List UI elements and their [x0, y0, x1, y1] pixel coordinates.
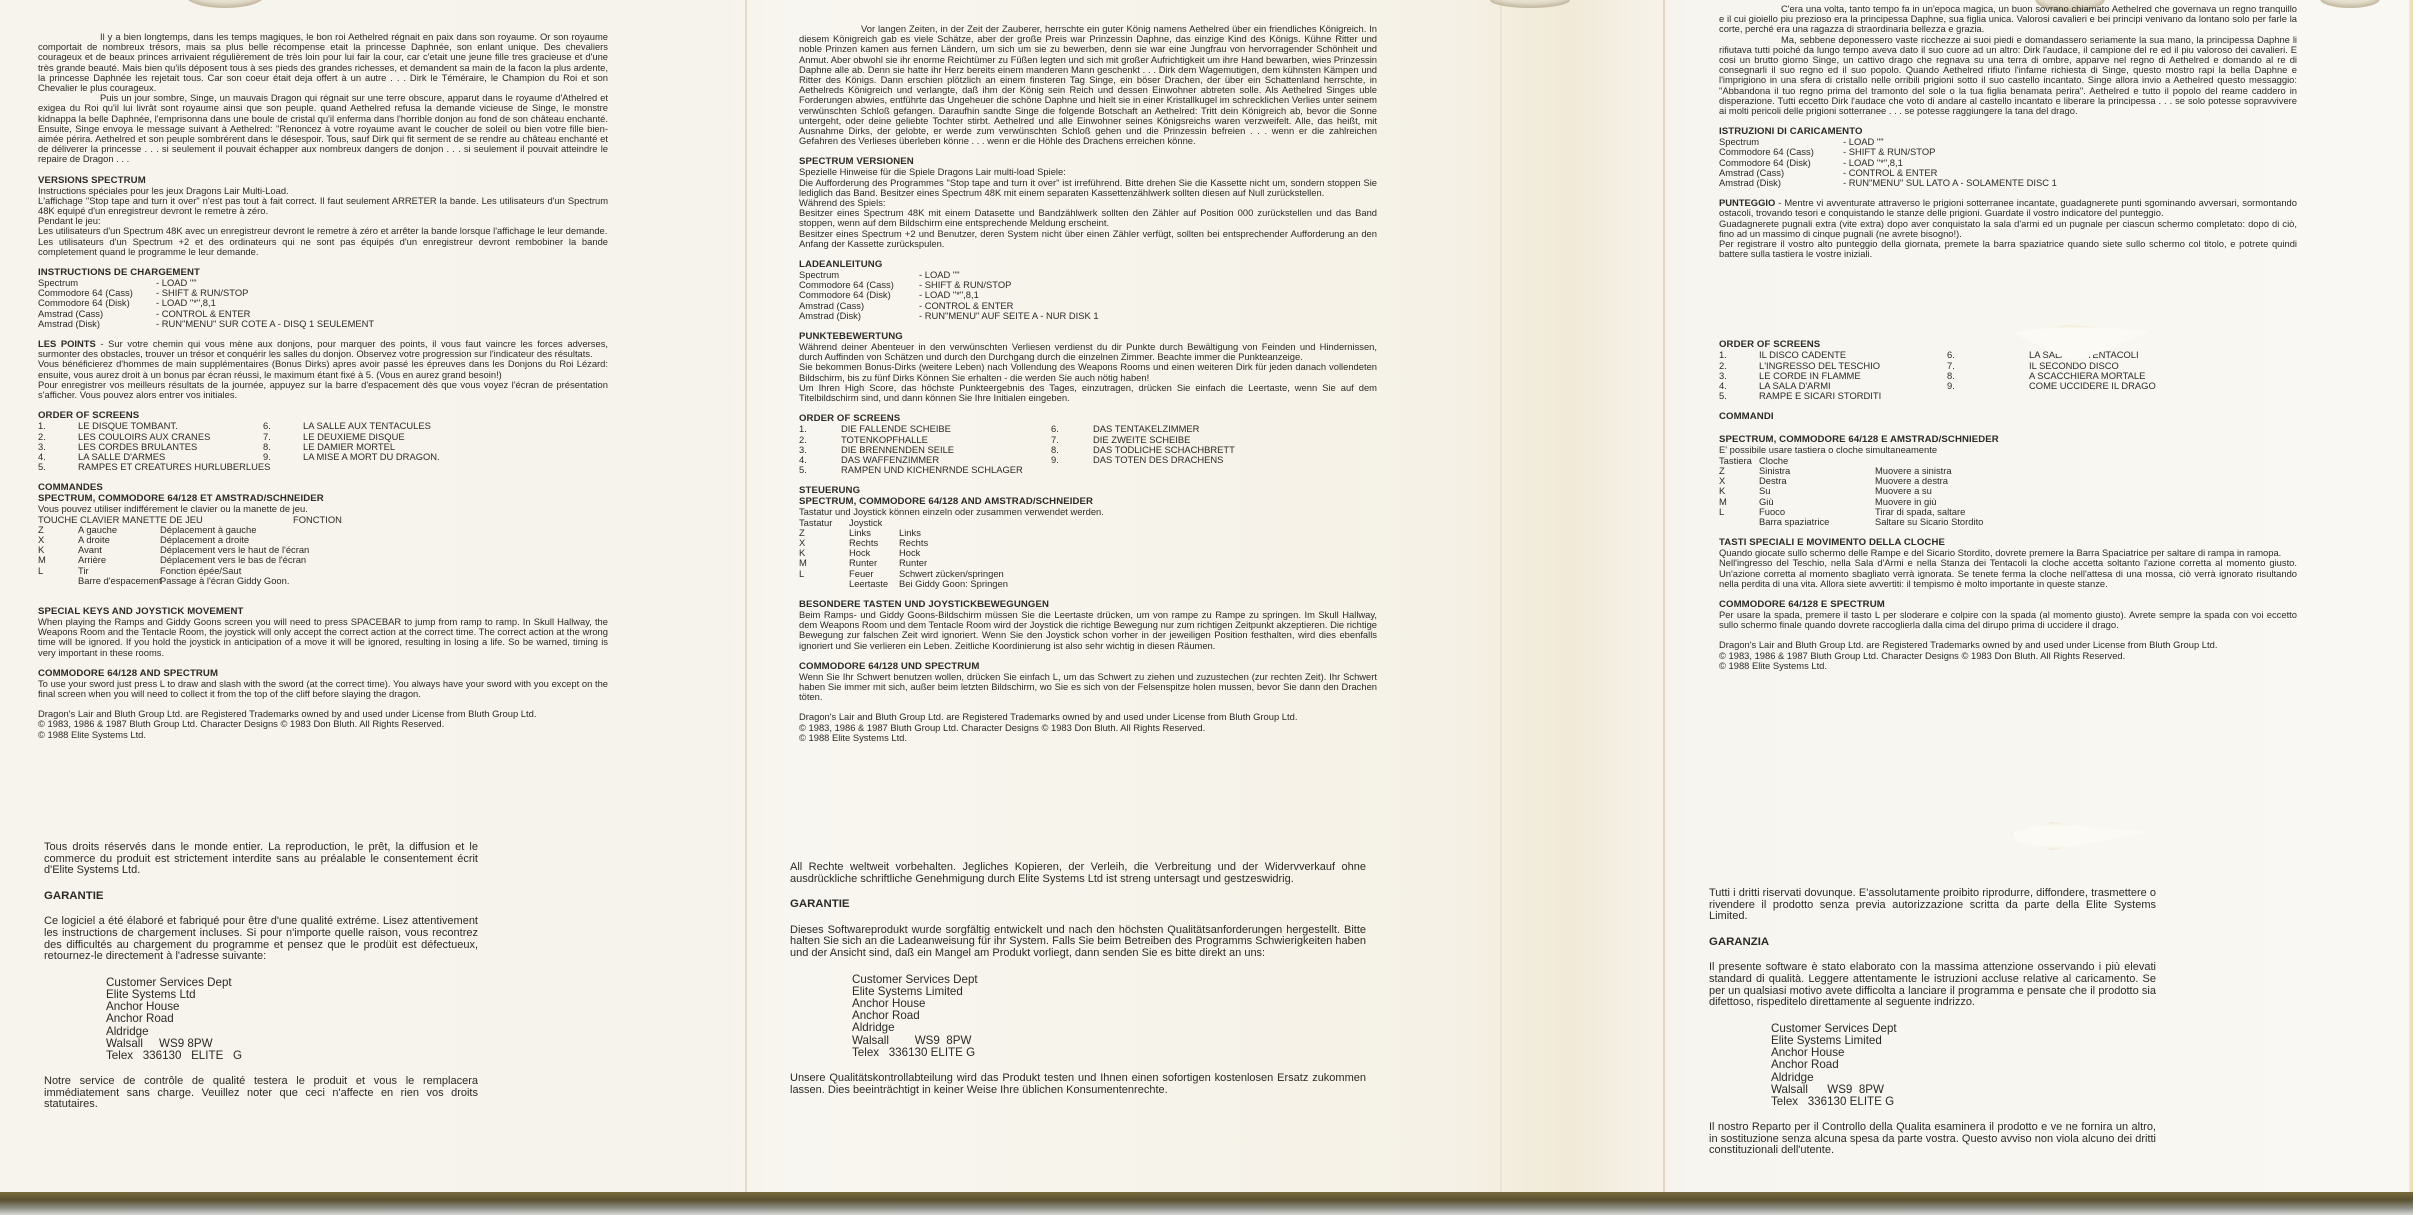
- list-cell: Z: [1719, 466, 1759, 476]
- list-cell: 5.: [38, 462, 78, 472]
- text-line: Vous bénéficierez d'hommes de main suppl…: [38, 359, 608, 379]
- italian-intro-1: C'era una volta, tanto tempo fa in un'ep…: [1719, 4, 2297, 35]
- system-name: Amstrad (Disk): [1719, 178, 1843, 188]
- list-cell: LA SALLE AUX TENTACULES: [303, 421, 608, 431]
- warranty-text: Ce logiciel a été élaboré et fabriqué po…: [44, 916, 478, 962]
- section-title: GARANTIE: [790, 899, 1366, 911]
- controls-table: ZSinistraMuovere a sinistraXDestraMuover…: [1719, 466, 2297, 527]
- french-panel: Il y a bien longtemps, dans les temps ma…: [38, 32, 608, 740]
- list-cell: Arrière: [78, 555, 160, 565]
- list-cell: 1.: [38, 421, 78, 431]
- load-command: - SHIFT & RUN/STOP: [1843, 147, 2297, 157]
- warranty-text: Dieses Softwareprodukt wurde sorgfältig …: [790, 925, 1366, 960]
- list-cell: Leertaste: [849, 579, 899, 589]
- torn-sticker-mark: [2010, 822, 2150, 850]
- rights-text: Tutti i dritti riservati dovunque. E'ass…: [1709, 888, 2156, 923]
- german-commands: STEUERUNG SPECTRUM, COMMODORE 64/128 AND…: [799, 485, 1377, 589]
- loading-table: Spectrum- LOAD ""Commodore 64 (Cass)- SH…: [38, 278, 608, 329]
- list-cell: 7.: [1947, 361, 2029, 371]
- italian-commands: COMMANDI SPECTRUM, COMMODORE 64/128 E AM…: [1719, 411, 2297, 527]
- italian-panel: C'era una volta, tanto tempo fa in un'ep…: [1719, 4, 2297, 671]
- text-line: Vous pouvez utiliser indifférement le cl…: [38, 504, 608, 514]
- address-line: Telex 336130 ELITE G: [852, 1047, 1366, 1059]
- system-name: Amstrad (Disk): [799, 311, 919, 321]
- list-cell: DAS TOTEN DES DRACHENS: [1093, 455, 1377, 465]
- list-cell: Hock: [899, 548, 1377, 558]
- list-cell: [799, 579, 849, 589]
- list-cell: Runter: [899, 558, 1377, 568]
- address-line: Anchor Road: [852, 1010, 1366, 1022]
- controls-header: Tastatur Joystick: [799, 518, 1377, 528]
- fold-line: [1500, 0, 1502, 1192]
- controls-table: ZA gaucheDéplacement à gaucheXA droiteDé…: [38, 525, 608, 586]
- list-cell: 9.: [1947, 381, 2029, 391]
- list-cell: 6.: [1947, 350, 2029, 360]
- list-cell: 1.: [799, 424, 841, 434]
- german-screens: ORDER OF SCREENS 1.DIE FALLENDE SCHEIBE6…: [799, 413, 1377, 475]
- text-line: Tastatur und Joystick können einzeln ode…: [799, 507, 1377, 517]
- text-line: Per usare la spada, premere il tasto L p…: [1719, 610, 2297, 630]
- list-cell: [38, 576, 78, 586]
- list-cell: [2029, 391, 2297, 401]
- closing-text: Unsere Qualitätskontrollabteilung wird d…: [790, 1073, 1366, 1096]
- italian-intro-2: Ma, sebbene deponessero vaste ricchezze …: [1719, 35, 2297, 117]
- c64-section: COMMODORE 64/128 UND SPECTRUM Wenn Sie I…: [799, 661, 1377, 703]
- list-cell: Links: [899, 528, 1377, 538]
- fold-line: [1663, 0, 1665, 1192]
- address-line: Anchor Road: [1771, 1059, 2156, 1071]
- list-cell: 5.: [1719, 391, 1759, 401]
- text-line: © 1988 Elite Systems Ltd.: [799, 733, 1377, 743]
- section-title: COMMANDES: [38, 482, 608, 493]
- list-cell: Runter: [849, 558, 899, 568]
- text-line: Um Ihren High Score, das höchste Punktee…: [799, 383, 1377, 403]
- list-cell: RAMPES ET CREATURES HURLUBERLUES: [78, 462, 263, 472]
- german-versions: SPECTRUM VERSIONEN Spezielle Hinweise fü…: [799, 156, 1377, 249]
- french-versions: VERSIONS SPECTRUM Instructions spéciales…: [38, 175, 608, 257]
- list-cell: LE DISQUE TOMBANT.: [78, 421, 263, 431]
- list-cell: 9.: [1051, 455, 1093, 465]
- special-keys: SPECIAL KEYS AND JOYSTICK MOVEMENT When …: [38, 606, 608, 658]
- address-line: Customer Services Dept: [852, 974, 1366, 986]
- fold-line: [745, 0, 747, 1192]
- load-command: - RUN"MENU" SUL LATO A - SOLAMENTE DISC …: [1843, 178, 2297, 188]
- list-cell: 5.: [799, 465, 841, 475]
- closing-text: Notre service de contrôle de qualité tes…: [44, 1076, 478, 1111]
- italian-loading: ISTRUZIONI DI CARICAMENTO Spectrum- LOAD…: [1719, 126, 2297, 188]
- text-line: Beim Ramps- und Giddy Goons-Bildschirm m…: [799, 610, 1377, 651]
- text-line: Besitzer eines Spectrum +2 und Benutzer,…: [799, 229, 1377, 249]
- load-command: - SHIFT & RUN/STOP: [919, 280, 1377, 290]
- text-line: E' possibile usare tastiera o cloche sim…: [1719, 445, 2297, 455]
- text-line: © 1988 Elite Systems Ltd.: [1719, 661, 2297, 671]
- address-line: Elite Systems Limited: [852, 986, 1366, 998]
- section-title: GARANTIE: [44, 891, 478, 903]
- list-cell: Rechts: [899, 538, 1377, 548]
- list-cell: X: [1719, 476, 1759, 486]
- address-line: Anchor Road: [106, 1013, 478, 1025]
- header-cell: Tastiera: [1719, 456, 1759, 466]
- text-line: © 1988 Elite Systems Ltd.: [38, 730, 608, 740]
- german-intro: Vor langen Zeiten, in der Zeit der Zaube…: [799, 24, 1377, 146]
- text-line: Les utilisateurs d'un Spectrum +2 et des…: [38, 237, 608, 257]
- list-cell: [1051, 465, 1093, 475]
- c64-section: COMMODORE 64/128 AND SPECTRUM To use you…: [38, 668, 608, 699]
- text-line: Sie bekommen Bonus-Dirks (weitere Leben)…: [799, 362, 1377, 382]
- address-block: Customer Services DeptElite Systems Limi…: [1771, 1023, 2156, 1108]
- paper-notch: [185, 0, 265, 8]
- italian-points: PUNTEGGIO - Mentre vi avventurate attrav…: [1719, 198, 2297, 259]
- list-cell: Saltare su Sicario Stordito: [1875, 517, 2297, 527]
- list-cell: Barre d'espacement: [78, 576, 160, 586]
- rights-text: All Rechte weltweit vorbehalten. Jeglich…: [790, 862, 1366, 885]
- special-keys: TASTI SPECIALI E MOVIMENTO DELLA CLOCHE …: [1719, 537, 2297, 589]
- trademark-notice: Dragon's Lair and Bluth Group Ltd. are R…: [799, 712, 1377, 743]
- list-cell: [263, 462, 303, 472]
- section-title: VERSIONS SPECTRUM: [38, 175, 608, 186]
- list-cell: DAS TENTAKELZIMMER: [1093, 424, 1377, 434]
- text-line: Wenn Sie Ihr Schwert benutzen wollen, dr…: [799, 672, 1377, 703]
- list-cell: M: [38, 555, 78, 565]
- french-screens: ORDER OF SCREENS 1.LE DISQUE TOMBANT.6.L…: [38, 410, 608, 472]
- italian-warranty: Tutti i dritti riservati dovunque. E'ass…: [1709, 888, 2156, 1157]
- list-cell: K: [1719, 486, 1759, 496]
- rights-text: Tous droits réservés dans le monde entie…: [44, 842, 478, 877]
- italian-screens: ORDER OF SCREENS 1.IL DISCO CADENTE6.LA …: [1719, 339, 2297, 401]
- load-command: - SHIFT & RUN/STOP: [156, 288, 608, 298]
- french-commands: COMMANDES SPECTRUM, COMMODORE 64/128 ET …: [38, 482, 608, 586]
- address-line: Telex 336130 ELITE G: [1771, 1096, 2156, 1108]
- address-line: Telex 336130 ELITE G: [106, 1050, 478, 1062]
- controls-header: Tastiera Cloche: [1719, 456, 2297, 466]
- header-cell: FONCTION: [293, 515, 342, 525]
- list-cell: L: [38, 566, 78, 576]
- list-cell: Muovere a destra: [1875, 476, 2297, 486]
- list-cell: RAMPEN UND KICHENRNDE SCHLAGER: [841, 465, 1051, 475]
- list-cell: [1093, 465, 1377, 475]
- warranty-text: Il presente software è stato elaborato c…: [1709, 962, 2156, 1008]
- list-cell: Barra spaziatrice: [1759, 517, 1875, 527]
- text-line: Die Aufforderung des Programmes "Stop ta…: [799, 178, 1377, 198]
- list-cell: 6.: [1051, 424, 1093, 434]
- list-cell: [1947, 391, 2029, 401]
- list-cell: M: [1719, 497, 1759, 507]
- list-cell: LA MISE A MORT DU DRAGON.: [303, 452, 608, 462]
- section-title: GARANZIA: [1709, 937, 2156, 949]
- list-cell: RAMPE E SICARI STORDITI: [1759, 391, 1947, 401]
- text-line: Nell'ingresso del Teschio, nella Sala d'…: [1719, 558, 2297, 589]
- list-cell: [1719, 517, 1759, 527]
- list-cell: X: [38, 535, 78, 545]
- list-cell: X: [799, 538, 849, 548]
- list-cell: COME UCCIDERE IL DRAGO: [2029, 381, 2297, 391]
- address-block: Customer Services DeptElite Systems LtdA…: [106, 977, 478, 1062]
- load-command: - RUN"MENU" SUR COTE A - DISQ 1 SEULEMEN…: [156, 319, 608, 329]
- c64-section: COMMODORE 64/128 E SPECTRUM Per usare la…: [1719, 599, 2297, 630]
- german-points: PUNKTEBEWERTUNG Während deiner Abenteuer…: [799, 331, 1377, 403]
- text-line: Dragon's Lair and Bluth Group Ltd. are R…: [1719, 640, 2297, 650]
- screens-list: 1.DIE FALLENDE SCHEIBE6.DAS TENTAKELZIMM…: [799, 424, 1377, 475]
- text-line: L'affichage "Stop tape and turn it over"…: [38, 196, 608, 216]
- sheet-shadow: [0, 1192, 2413, 1215]
- list-cell: 8.: [1947, 371, 2029, 381]
- text-line: Pour enregistrer vos meilleurs résultats…: [38, 380, 608, 400]
- german-warranty: All Rechte weltweit vorbehalten. Jeglich…: [790, 862, 1366, 1096]
- address-line: Walsall WS9 8PW: [852, 1035, 1366, 1047]
- list-cell: Z: [799, 528, 849, 538]
- header-cell: Tastatur: [799, 518, 849, 528]
- french-warranty: Tous droits réservés dans le monde entie…: [44, 842, 478, 1111]
- address-line: Aldridge: [106, 1026, 478, 1038]
- french-points: LES POINTS - Sur votre chemin qui vous m…: [38, 339, 608, 400]
- list-cell: Destra: [1759, 476, 1875, 486]
- sheet-edge: [2409, 0, 2413, 1192]
- address-line: Aldridge: [852, 1022, 1366, 1034]
- text-line: To use your sword just press L to draw a…: [38, 679, 608, 699]
- load-command: - RUN"MENU" AUF SEITE A - NUR DISK 1: [919, 311, 1377, 321]
- screens-list: 1.IL DISCO CADENTE6.LA SALA DEI TENTACOL…: [1719, 350, 2297, 401]
- german-loading: LADEANLEITUNG Spectrum- LOAD ""Commodore…: [799, 259, 1377, 321]
- german-panel: Vor langen Zeiten, in der Zeit der Zaube…: [799, 24, 1377, 743]
- list-cell: Z: [38, 525, 78, 535]
- list-cell: 6.: [263, 421, 303, 431]
- text-line: When playing the Ramps and Giddy Goons s…: [38, 617, 608, 658]
- instruction-sheet: Il y a bien longtemps, dans les temps ma…: [0, 0, 2413, 1192]
- list-cell: Passage à l'écran Giddy Goon.: [160, 576, 608, 586]
- loading-table: Spectrum- LOAD ""Commodore 64 (Cass)- SH…: [1719, 137, 2297, 188]
- trademark-notice: Dragon's Lair and Bluth Group Ltd. are R…: [38, 709, 608, 740]
- text-line: Guadagnerete pugnali extra (vite extra) …: [1719, 219, 2297, 239]
- section-title: STEUERUNG: [799, 485, 1377, 496]
- french-intro-1: Il y a bien longtemps, dans les temps ma…: [38, 32, 608, 93]
- section-title: ISTRUZIONI DI CARICAMENTO: [1719, 126, 2297, 137]
- list-cell: Bei Giddy Goon: Springen: [899, 579, 1377, 589]
- text-line: Während deiner Abenteuer in den verwünsc…: [799, 342, 1377, 362]
- address-line: Anchor House: [852, 998, 1366, 1010]
- list-cell: Déplacement vers le bas de l'écran: [160, 555, 608, 565]
- list-cell: Su: [1759, 486, 1875, 496]
- paper-notch: [2320, 0, 2380, 8]
- text-line: Per registrare il vostro alto punteggio …: [1719, 239, 2297, 259]
- screens-list: 1.LE DISQUE TOMBANT.6.LA SALLE AUX TENTA…: [38, 421, 608, 472]
- system-name: Amstrad (Disk): [38, 319, 156, 329]
- closing-text: Il nostro Reparto per il Controllo della…: [1709, 1122, 2156, 1157]
- list-cell: [303, 462, 608, 472]
- list-cell: DIE FALLENDE SCHEIBE: [841, 424, 1051, 434]
- trademark-notice: Dragon's Lair and Bluth Group Ltd. are R…: [1719, 640, 2297, 671]
- controls-header: TOUCHE CLAVIER MANETTE DE JEU FONCTION: [38, 515, 608, 525]
- french-intro-2: Puis un jour sombre, Singe, un mauvais D…: [38, 93, 608, 164]
- list-cell: L: [1719, 507, 1759, 517]
- section-title: COMMANDI: [1719, 411, 2297, 422]
- list-cell: Muovere a su: [1875, 486, 2297, 496]
- list-cell: M: [799, 558, 849, 568]
- special-keys: BESONDERE TASTEN UND JOYSTICKBEWEGUNGEN …: [799, 599, 1377, 651]
- controls-table: ZLinksLinksXRechtsRechtsKHockHockMRunter…: [799, 528, 1377, 589]
- text-line: Besitzer eines Spectrum 48K mit einem Da…: [799, 208, 1377, 228]
- text-line: - Sur votre chemin qui vous mène aux don…: [38, 338, 608, 359]
- address-line: Aldridge: [1771, 1072, 2156, 1084]
- french-loading: INSTRUCTIONS DE CHARGEMENT Spectrum- LOA…: [38, 267, 608, 329]
- paper-notch: [1490, 0, 1570, 8]
- loading-table: Spectrum- LOAD ""Commodore 64 (Cass)- SH…: [799, 270, 1377, 321]
- list-cell: L: [799, 569, 849, 579]
- address-block: Customer Services DeptElite Systems Limi…: [852, 974, 1366, 1059]
- section-title: LADEANLEITUNG: [799, 259, 1377, 270]
- text-line: - Mentre vi avventurate attraverso le pr…: [1719, 197, 2297, 218]
- section-title: INSTRUCTIONS DE CHARGEMENT: [38, 267, 608, 278]
